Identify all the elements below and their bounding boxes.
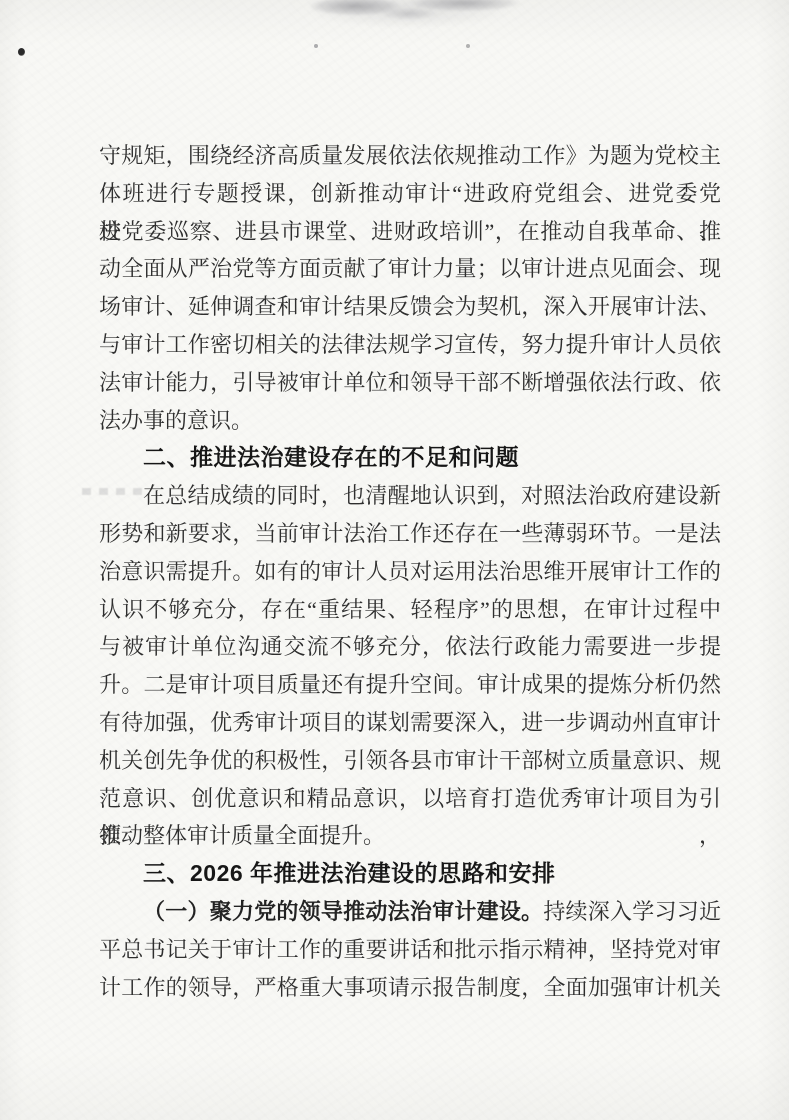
line-text: 持续深入学习习近	[543, 899, 721, 924]
document-text: 守规矩，围绕经济高质量发展依法依规推动工作》为题为党校主体班进行专题授课，创新推…	[99, 137, 721, 1006]
ink-speck	[18, 48, 25, 56]
section-heading: 二、推进法治建设存在的不足和问题	[99, 439, 721, 477]
text-line: 场审计、延伸调查和审计结果反馈会为契机，深入开展审计法、	[99, 288, 721, 326]
text-line: 体班进行专题授课，创新推动审计“进政府党组会、进党委党校、	[99, 175, 721, 213]
text-line: 动全面从严治党等方面贡献了审计力量；以审计进点见面会、现	[99, 250, 721, 288]
section-heading: 三、2026 年推进法治建设的思路和安排	[99, 855, 721, 893]
text-line: 与被审计单位沟通交流不够充分，依法行政能力需要进一步提	[99, 628, 721, 666]
document-page: 守规矩，围绕经济高质量发展依法依规推动工作》为题为党校主体班进行专题授课，创新推…	[0, 0, 789, 1120]
text-line: 法办事的意识。	[99, 402, 721, 440]
text-line: 在总结成绩的同时，也清醒地认识到，对照法治政府建设新	[99, 477, 721, 515]
text-line: 平总书记关于审计工作的重要讲话和批示指示精神，坚持党对审	[99, 931, 721, 969]
text-line: 有待加强，优秀审计项目的谋划需要深入，进一步调动州直审计	[99, 704, 721, 742]
text-line: 升。二是审计项目质量还有提升空间。审计成果的提炼分析仍然	[99, 666, 721, 704]
text-line: 守规矩，围绕经济高质量发展依法依规推动工作》为题为党校主	[99, 137, 721, 175]
text-line: 法审计能力，引导被审计单位和领导干部不断增强依法行政、依	[99, 364, 721, 402]
ink-speck	[466, 44, 470, 48]
text-line: 计工作的领导，严格重大事项请示报告制度，全面加强审计机关	[99, 969, 721, 1007]
text-line: 认识不够充分，存在“重结果、轻程序”的思想，在审计过程中	[99, 591, 721, 629]
text-line: 治意识需提升。如有的审计人员对运用法治思维开展审计工作的	[99, 553, 721, 591]
text-line: （一）聚力党的领导推动法治审计建设。持续深入学习习近	[99, 893, 721, 931]
text-line: 机关创先争优的积极性，引领各县市审计干部树立质量意识、规	[99, 742, 721, 780]
scan-smudge	[293, 0, 533, 38]
ink-speck	[314, 44, 318, 48]
text-line: 形势和新要求，当前审计法治工作还存在一些薄弱环节。一是法	[99, 515, 721, 553]
subheading-lead: （一）聚力党的领导推动法治审计建设。	[143, 899, 543, 924]
text-line: 进党委巡察、进县市课堂、进财政培训”，在推动自我革命、推	[99, 213, 721, 251]
text-line: 与审计工作密切相关的法律法规学习宣传，努力提升审计人员依	[99, 326, 721, 364]
text-line: 范意识、创优意识和精品意识，以培育打造优秀审计项目为引领，	[99, 780, 721, 818]
